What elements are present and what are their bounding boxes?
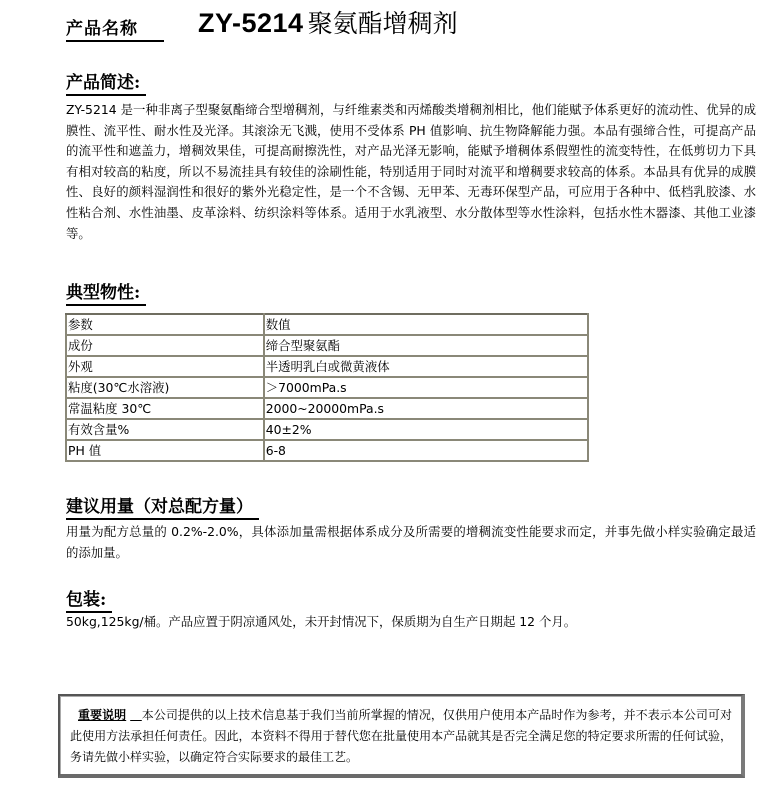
value-cell: 6-8 bbox=[264, 440, 588, 461]
param-cell: 成份 bbox=[66, 335, 264, 356]
product-name-label: 产品名称 bbox=[66, 18, 164, 42]
value-cell: 2000~20000mPa.s bbox=[264, 398, 588, 419]
value-cell: ＞7000mPa.s bbox=[264, 377, 588, 398]
column-header-param: 参数 bbox=[66, 314, 264, 335]
description-text: ZY-5214 是一种非离子型聚氨酯缔合型增稠剂，与纤维素类和丙烯酸类增稠剂相比… bbox=[66, 100, 756, 244]
packaging-heading: 包装: bbox=[66, 589, 112, 613]
packaging-text: 50kg,125kg/桶。产品应置于阴凉通风处，未开封情况下，保质期为自生产日期… bbox=[66, 612, 756, 633]
disclaimer-box: 重要说明 本公司提供的以上技术信息基于我们当前所掌握的情况，仅供用户使用本产品时… bbox=[58, 694, 745, 778]
table-row: PH 值 6-8 bbox=[66, 440, 588, 461]
title-row: 产品名称 ZY-5214聚氨酯增稠剂 bbox=[66, 8, 164, 42]
disclaimer-label-underline bbox=[130, 708, 142, 722]
table-row: 粘度(30℃水溶液) ＞7000mPa.s bbox=[66, 377, 588, 398]
table-row: 常温粘度 30℃ 2000~20000mPa.s bbox=[66, 398, 588, 419]
param-cell: 粘度(30℃水溶液) bbox=[66, 377, 264, 398]
product-title: ZY-5214聚氨酯增稠剂 bbox=[198, 8, 458, 42]
value-cell: 半透明乳白或微黄液体 bbox=[264, 356, 588, 377]
product-code: ZY-5214 bbox=[198, 8, 304, 38]
dosage-text: 用量为配方总量的 0.2%-2.0%，具体添加量需根据体系成分及所需要的增稠流变… bbox=[66, 522, 756, 563]
param-cell: 有效含量% bbox=[66, 419, 264, 440]
disclaimer-content: 重要说明 本公司提供的以上技术信息基于我们当前所掌握的情况，仅供用户使用本产品时… bbox=[70, 705, 732, 768]
product-name: 聚氨酯增稠剂 bbox=[308, 9, 458, 38]
properties-heading: 典型物性: bbox=[66, 282, 146, 306]
description-heading: 产品简述: bbox=[66, 72, 146, 96]
table-header-row: 参数 数值 bbox=[66, 314, 588, 335]
param-cell: 常温粘度 30℃ bbox=[66, 398, 264, 419]
disclaimer-text: 本公司提供的以上技术信息基于我们当前所掌握的情况，仅供用户使用本产品时作为参考，… bbox=[70, 708, 732, 764]
disclaimer-label: 重要说明 bbox=[78, 708, 126, 722]
value-cell: 缔合型聚氨酯 bbox=[264, 335, 588, 356]
table-row: 有效含量% 40±2% bbox=[66, 419, 588, 440]
param-cell: PH 值 bbox=[66, 440, 264, 461]
column-header-value: 数值 bbox=[264, 314, 588, 335]
properties-table: 参数 数值 成份 缔合型聚氨酯 外观 半透明乳白或微黄液体 粘度(30℃水溶液)… bbox=[65, 313, 589, 462]
value-cell: 40±2% bbox=[264, 419, 588, 440]
table-row: 外观 半透明乳白或微黄液体 bbox=[66, 356, 588, 377]
table-row: 成份 缔合型聚氨酯 bbox=[66, 335, 588, 356]
param-cell: 外观 bbox=[66, 356, 264, 377]
dosage-heading: 建议用量（对总配方量） bbox=[66, 496, 259, 520]
